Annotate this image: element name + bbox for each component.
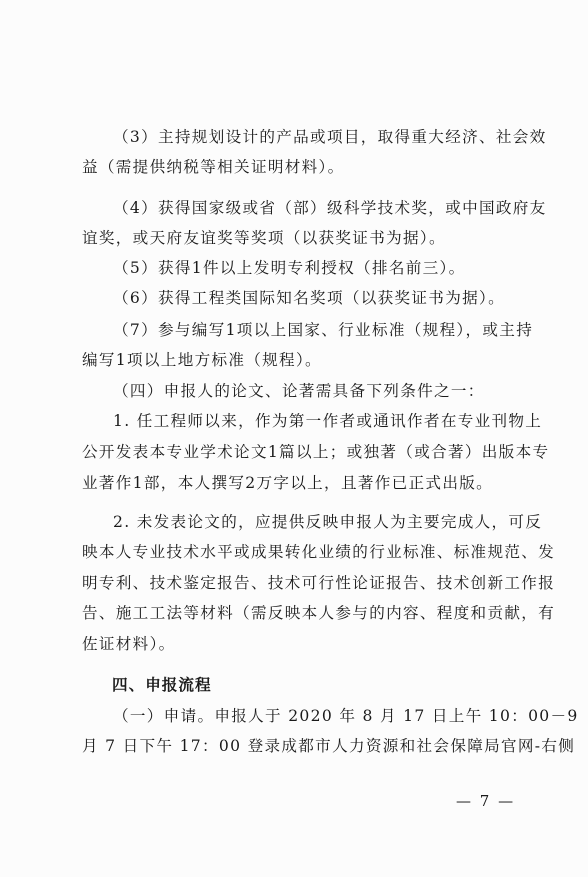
- condition-2-line-2: 映本人专业技术水平或成果转化业绩的行业标准、标准规范、发: [82, 541, 518, 563]
- condition-2-line-1: 2. 未发表论文的，应提供反映申报人为主要完成人，可反: [113, 511, 518, 533]
- condition-2-line-3: 明专利、技术鉴定报告、技术可行性论证报告、技术创新工作报: [82, 572, 518, 594]
- step-1-line-2: 月 7 日下午 17：00 登录成都市人力资源和社会保障局官网-右侧: [82, 735, 518, 757]
- item-4-line-2: 谊奖，或天府友谊奖等奖项（以获奖证书为据）。: [82, 227, 518, 249]
- chapter-4-heading: 四、申报流程: [112, 674, 212, 696]
- condition-1-line-3: 业著作1部，本人撰写2万字以上，且著作已正式出版。: [82, 472, 518, 494]
- item-3-line-1: （3）主持规划设计的产品或项目，取得重大经济、社会效: [113, 126, 518, 148]
- page-number: — 7 —: [456, 792, 515, 810]
- item-6-line-1: （6）获得工程类国际知名奖项（以获奖证书为据）。: [113, 287, 518, 309]
- item-4-line-1: （4）获得国家级或省（部）级科学技术奖，或中国政府友: [113, 197, 518, 219]
- condition-2-line-5: 佐证材料）。: [82, 633, 518, 655]
- step-1-line-1: （一）申请。申报人于 2020 年 8 月 17 日上午 10：00－9: [113, 705, 518, 727]
- item-7-line-2: 编写1项以上地方标准（规程）。: [82, 349, 518, 371]
- condition-1-line-1: 1. 任工程师以来，作为第一作者或通讯作者在专业刊物上: [113, 410, 518, 432]
- document-page: （3）主持规划设计的产品或项目，取得重大经济、社会效 益（需提供纳税等相关证明材…: [0, 0, 588, 877]
- item-3-line-2: 益（需提供纳税等相关证明材料）。: [82, 156, 518, 178]
- section-4-title: （四）申报人的论文、论著需具备下列条件之一：: [113, 380, 518, 402]
- condition-2-line-4: 告、施工工法等材料（需反映本人参与的内容、程度和贡献，有: [82, 602, 518, 624]
- item-7-line-1: （7）参与编写1项以上国家、行业标准（规程），或主持: [113, 319, 518, 341]
- item-5-line-1: （5）获得1件以上发明专利授权（排名前三）。: [113, 257, 518, 279]
- condition-1-line-2: 公开发表本专业学术论文1篇以上；或独著（或合著）出版本专: [82, 441, 518, 463]
